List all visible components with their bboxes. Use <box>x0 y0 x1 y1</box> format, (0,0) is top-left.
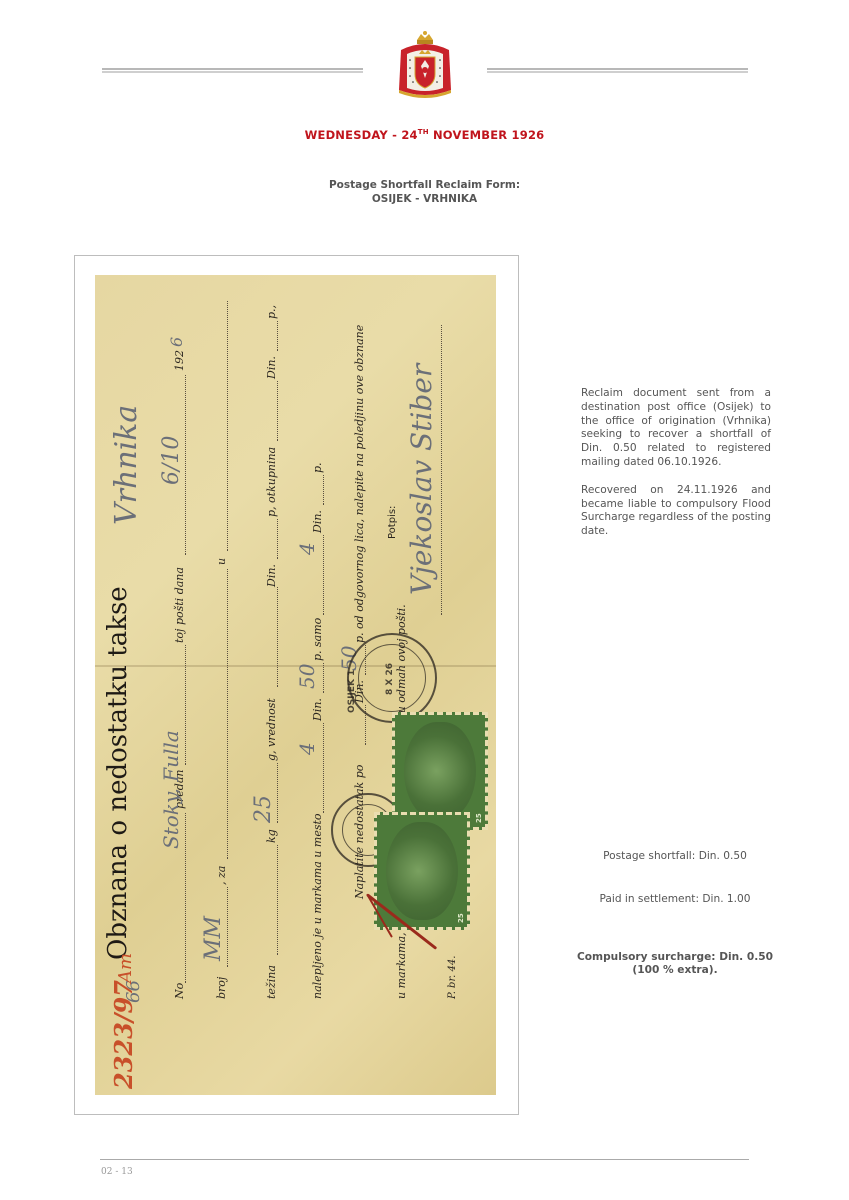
field-label-p-2: p. <box>311 462 324 473</box>
field-line-date <box>185 375 186 555</box>
field-label-year: 192 <box>173 350 186 371</box>
field-label-potpis: Potpis: <box>387 506 398 539</box>
handwritten-din-50-a: 50 <box>295 664 319 689</box>
postmark-osijek: OSIJEK 1 8 X 26 <box>347 633 437 723</box>
header-rule-left <box>102 68 363 70</box>
document-image-frame: Obznana o nedostatku takse 2323/97 66 Am… <box>74 255 519 1115</box>
summary-surcharge: Compulsory surcharge: Din. 0.50 (100 % e… <box>560 951 790 977</box>
handwritten-signature: Vjekoslav Stiber <box>405 364 438 595</box>
field-label-otkupnina: p, otkupnina <box>265 447 278 517</box>
field-line-za <box>227 569 228 859</box>
page-number: 02 - 13 <box>101 1167 133 1177</box>
field-label-za: , za <box>215 866 228 885</box>
description-notes: Reclaim document sent from a destination… <box>581 387 771 553</box>
form-title-line1: Postage Shortfall Reclaim Form: <box>0 178 849 192</box>
field-line-signature <box>441 325 442 615</box>
field-line-vrednost <box>277 587 278 687</box>
date-heading: WEDNESDAY - 24TH NOVEMBER 1926 <box>0 128 849 142</box>
postmark-osijek-date: 8 X 26 <box>385 663 395 695</box>
footer-rule <box>100 1159 749 1160</box>
handwritten-amount: 4 <box>295 742 319 755</box>
field-label-nalepljeno: nalepljeno je u markama u mesto <box>311 813 324 999</box>
field-label-no: No <box>173 983 186 999</box>
summary-shortfall: Postage shortfall: Din. 0.50 <box>560 850 790 863</box>
field-line-din-2 <box>277 321 278 351</box>
handwritten-din-4: 4 <box>295 542 319 555</box>
field-label-vrednost: g, vrednost <box>265 698 278 761</box>
note-paragraph-1: Reclaim document sent from a destination… <box>581 387 771 470</box>
summary-paid: Paid in settlement: Din. 1.00 <box>560 893 790 906</box>
field-line-no <box>185 813 186 983</box>
date-ordinal: TH <box>418 128 429 136</box>
note-paragraph-2: Recovered on 24.11.1926 and became liabl… <box>581 484 771 539</box>
handwritten-destination: Vrhnika <box>109 405 144 525</box>
field-line-kg <box>277 763 278 823</box>
handwritten-sender: Stoky, Fulla <box>159 730 183 849</box>
handwritten-red-mark: Am <box>115 953 136 983</box>
field-line-mesto <box>323 723 324 813</box>
form-title-route: OSIJEK - VRHNIKA <box>0 192 849 206</box>
field-label-broj: broj <box>215 977 228 999</box>
field-label-samo: p. samo <box>311 618 324 661</box>
field-label-din-4: Din. <box>311 510 324 533</box>
date-rest: NOVEMBER 1926 <box>429 128 545 142</box>
handwritten-date: 6/10 <box>159 436 184 485</box>
handwritten-weight: 25 <box>251 795 276 823</box>
field-label-toj-posti-dana: toj pošti dana <box>173 567 186 643</box>
form-headline: Obznana o nedostatku takse <box>103 586 133 960</box>
handwritten-reference-pencil: 66 <box>123 980 144 1003</box>
date-prefix: WEDNESDAY - 24 <box>305 128 418 142</box>
form-number: P. br. 44. <box>447 956 458 999</box>
field-line-tezina <box>277 845 278 955</box>
field-label-din-3: Din. <box>311 698 324 721</box>
field-label-p-1: p., <box>265 305 278 319</box>
field-label-din-1: Din. <box>265 564 278 587</box>
field-label-kg: kg <box>265 829 278 843</box>
stamp-2-value: 25 <box>457 913 465 923</box>
field-label-din-2: Din. <box>265 356 278 379</box>
field-label-u: u <box>215 558 228 565</box>
field-label-tezina: težina <box>265 965 278 999</box>
summary-surcharge-note: (100 % extra). <box>560 964 790 977</box>
field-line-din-4 <box>323 475 324 505</box>
field-line-broj <box>227 887 228 967</box>
field-label-od-odgovornog: p. od odgovornog lica, nalepite na poled… <box>353 325 366 643</box>
field-line-u <box>227 301 228 551</box>
royal-coat-of-arms-icon <box>395 30 455 102</box>
handwritten-year-digit: 6 <box>167 337 186 347</box>
field-line-otkupnina <box>277 381 278 441</box>
form-title: Postage Shortfall Reclaim Form: OSIJEK -… <box>0 178 849 206</box>
reclaim-form-scan: Obznana o nedostatku takse 2323/97 66 Am… <box>95 275 496 1095</box>
postmark-osijek-place: OSIJEK 1 <box>347 670 357 713</box>
header-rule-right <box>487 68 748 70</box>
field-line-samo <box>323 535 324 615</box>
summary-surcharge-amount: Compulsory surcharge: Din. 0.50 <box>560 951 790 964</box>
handwritten-number: MM <box>201 916 226 961</box>
field-line-din-3 <box>323 663 324 693</box>
stamp-1-value: 25 <box>475 813 483 823</box>
field-line-predan <box>185 645 186 765</box>
field-line-din-1 <box>277 519 278 559</box>
